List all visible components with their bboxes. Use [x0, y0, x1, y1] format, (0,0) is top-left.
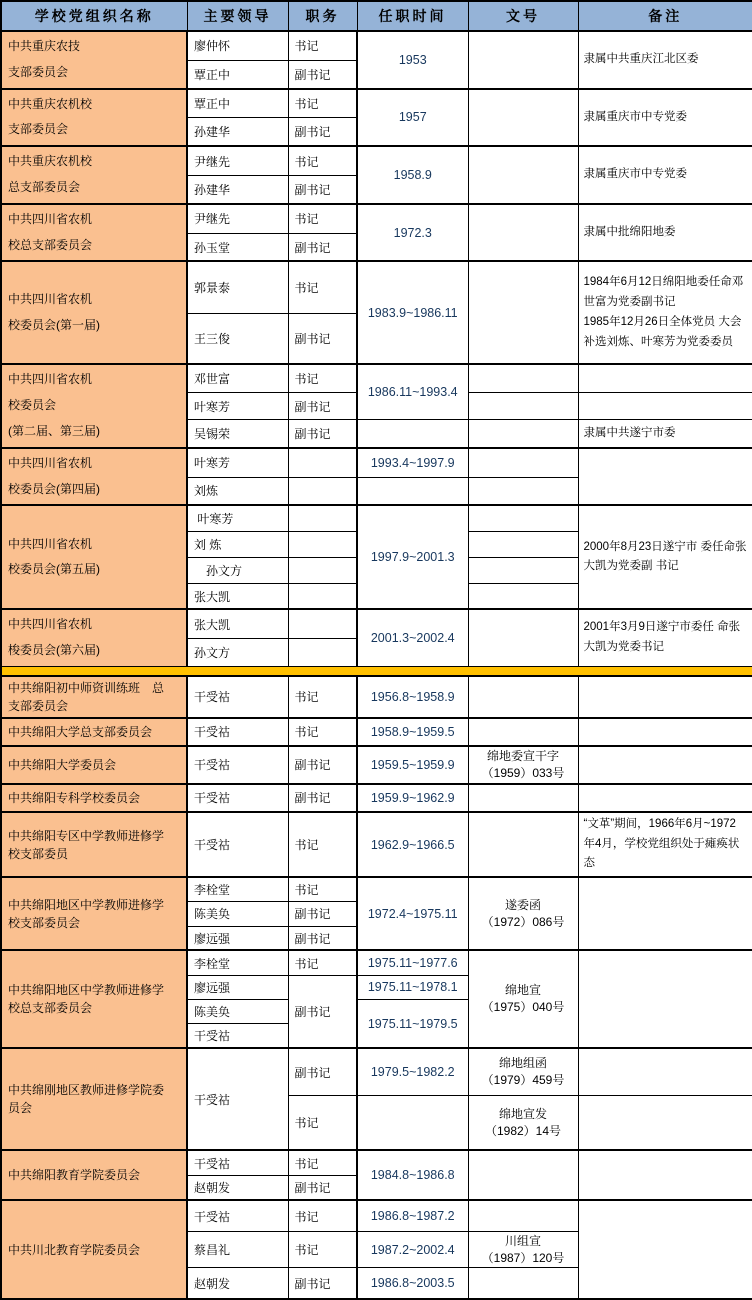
doc-number-cell: 绵地宣发 （1982）14号 — [468, 1095, 578, 1150]
time-cell: 1986.8~1987.2 — [357, 1200, 468, 1231]
position-cell: 书记 — [288, 676, 357, 718]
time-cell: 1958.9 — [357, 146, 468, 204]
position-cell: 书记 — [288, 950, 357, 975]
leader-name-cell: 王三俊 — [187, 313, 288, 364]
position-cell: 副书记 — [288, 746, 357, 784]
remark-cell — [578, 950, 752, 1048]
remark-cell — [578, 1150, 752, 1200]
leader-name-cell: 李栓堂 — [187, 950, 288, 975]
doc-number-cell — [468, 146, 578, 204]
party-org-history-table: 学校党组织名称 主要领导 职务 任职时间 文号 备注 中共重庆农技 支部委员会 … — [0, 0, 752, 1300]
doc-number-cell — [468, 583, 578, 609]
time-cell: 1958.9~1959.5 — [357, 718, 468, 746]
position-cell: 副书记 — [288, 393, 357, 420]
leader-name-cell: 赵朝发 — [187, 1268, 288, 1299]
leader-name-cell: 李栓堂 — [187, 877, 288, 901]
doc-number-cell: 遂委函 （1972）086号 — [468, 877, 578, 950]
remark-cell — [578, 364, 752, 392]
leader-name-cell: 干受祜 — [187, 746, 288, 784]
leader-name-cell: 廖仲怀 — [187, 31, 288, 60]
col-header-remark: 备注 — [578, 1, 752, 31]
col-header-position: 职务 — [288, 1, 357, 31]
leader-name-cell: 陈美奂 — [187, 999, 288, 1023]
org-cell: 中共绵阳初中师资训练班 总 支部委员会 — [1, 676, 187, 718]
col-header-time: 任职时间 — [357, 1, 468, 31]
time-cell: 1972.4~1975.11 — [357, 877, 468, 950]
leader-name-cell: 吴锡荣 — [187, 420, 288, 448]
position-cell: 副书记 — [288, 233, 357, 261]
position-cell: 副书记 — [288, 176, 357, 204]
position-cell — [288, 583, 357, 609]
position-cell: 书记 — [288, 261, 357, 313]
time-cell — [357, 420, 468, 448]
leader-name-cell: 孙建华 — [187, 118, 288, 146]
position-cell: 书记 — [288, 31, 357, 60]
position-cell: 书记 — [288, 364, 357, 392]
org-cell: 中共四川省农机 校委员会(第一届) — [1, 261, 187, 364]
leader-name-cell: 叶寒芳 — [187, 505, 288, 531]
org-cell: 中共绵阳教育学院委员会 — [1, 1150, 187, 1200]
position-cell: 书记 — [288, 1231, 357, 1268]
remark-cell — [578, 1200, 752, 1299]
doc-number-cell: 川组宣 （1987）120号 — [468, 1231, 578, 1268]
position-cell: 书记 — [288, 89, 357, 118]
time-cell: 2001.3~2002.4 — [357, 609, 468, 666]
remark-cell: 2000年8月23日遂宁市 委任命张大凯为党委副 书记 — [578, 505, 752, 609]
position-cell — [288, 448, 357, 477]
position-cell: 书记 — [288, 1095, 357, 1150]
time-cell: 1953 — [357, 31, 468, 89]
doc-number-cell — [468, 261, 578, 364]
time-cell: 1957 — [357, 89, 468, 147]
doc-number-cell — [468, 676, 578, 718]
position-cell: 书记 — [288, 877, 357, 901]
leader-name-cell: 郭景泰 — [187, 261, 288, 313]
position-cell — [288, 531, 357, 557]
doc-number-cell — [468, 609, 578, 666]
position-cell: 副书记 — [288, 926, 357, 950]
header-row: 学校党组织名称 主要领导 职务 任职时间 文号 备注 — [1, 1, 752, 31]
org-cell: 中共四川省农机 校委员会(第五届) — [1, 505, 187, 609]
doc-number-cell — [468, 505, 578, 531]
position-cell: 副书记 — [288, 118, 357, 146]
leader-name-cell: 干受祜 — [187, 676, 288, 718]
remark-cell — [578, 393, 752, 420]
leader-name-cell: 干受祜 — [187, 1023, 288, 1048]
time-cell: 1975.11~1978.1 — [357, 975, 468, 999]
remark-cell — [578, 718, 752, 746]
remark-cell: 1984年6月12日绵阳地委任命邓世富为党委副书记 1985年12月26日全体党… — [578, 261, 752, 364]
remark-cell — [578, 1048, 752, 1095]
position-cell — [288, 638, 357, 666]
remark-cell: 隶属中共遂宁市委 — [578, 420, 752, 448]
position-cell: 书记 — [288, 1150, 357, 1175]
time-cell: 1962.9~1966.5 — [357, 812, 468, 877]
time-cell: 1972.3 — [357, 204, 468, 262]
leader-name-cell: 邓世富 — [187, 364, 288, 392]
org-cell: 中共四川省农机 校委员会(第四届) — [1, 448, 187, 506]
org-cell: 中共绵阳专区中学教师进修学 校支部委员 — [1, 812, 187, 877]
org-cell: 中共重庆农机校 总支部委员会 — [1, 146, 187, 204]
remark-cell: “文革”期间，1966年6月~1972年4月，学校党组织处于瘫痪状态 — [578, 812, 752, 877]
doc-number-cell — [468, 477, 578, 505]
remark-cell — [578, 877, 752, 950]
remark-cell — [578, 784, 752, 812]
leader-name-cell: 干受祜 — [187, 1200, 288, 1231]
leader-name-cell: 叶寒芳 — [187, 393, 288, 420]
leader-name-cell: 蔡昌礼 — [187, 1231, 288, 1268]
remark-cell: 隶属重庆市中专党委 — [578, 89, 752, 147]
org-cell: 中共绵阳专科学校委员会 — [1, 784, 187, 812]
position-cell — [288, 557, 357, 583]
org-cell: 中共绵刚地区教师进修学院委 员会 — [1, 1048, 187, 1150]
position-cell — [288, 477, 357, 505]
doc-number-cell — [468, 1268, 578, 1299]
position-cell: 书记 — [288, 1200, 357, 1231]
time-cell: 1984.8~1986.8 — [357, 1150, 468, 1200]
position-cell: 副书记 — [288, 901, 357, 926]
time-cell: 1956.8~1958.9 — [357, 676, 468, 718]
time-cell: 1983.9~1986.11 — [357, 261, 468, 364]
remark-cell: 隶属中批绵阳地委 — [578, 204, 752, 262]
doc-number-cell — [468, 204, 578, 262]
leader-name-cell: 干受祜 — [187, 1150, 288, 1175]
doc-number-cell: 绵地委宣干字 （1959）033号 — [468, 746, 578, 784]
position-cell: 副书记 — [288, 420, 357, 448]
position-cell: 副书记 — [288, 975, 357, 1048]
position-cell: 副书记 — [288, 60, 357, 88]
leader-name-cell: 刘 炼 — [187, 531, 288, 557]
leader-name-cell: 孙建华 — [187, 176, 288, 204]
doc-number-cell — [468, 784, 578, 812]
position-cell: 书记 — [288, 812, 357, 877]
leader-name-cell: 干受祜 — [187, 784, 288, 812]
doc-number-cell — [468, 89, 578, 147]
org-cell: 中共四川省农机 校总支部委员会 — [1, 204, 187, 262]
leader-name-cell: 赵朝发 — [187, 1175, 288, 1200]
doc-number-cell: 绵地宣 （1975）040号 — [468, 950, 578, 1048]
doc-number-cell: 绵地组函 （1979）459号 — [468, 1048, 578, 1095]
org-cell: 中共绵阳大学总支部委员会 — [1, 718, 187, 746]
time-cell: 1986.11~1993.4 — [357, 364, 468, 419]
leader-name-cell: 张大凯 — [187, 583, 288, 609]
position-cell: 书记 — [288, 204, 357, 233]
doc-number-cell — [468, 1200, 578, 1231]
position-cell — [288, 505, 357, 531]
org-cell: 中共四川省农机 校委员会 (第二届、第三届) — [1, 364, 187, 447]
doc-number-cell — [468, 557, 578, 583]
leader-name-cell: 覃正中 — [187, 89, 288, 118]
doc-number-cell — [468, 31, 578, 89]
position-cell: 副书记 — [288, 1175, 357, 1200]
doc-number-cell — [468, 812, 578, 877]
leader-name-cell: 叶寒芳 — [187, 448, 288, 477]
leader-name-cell: 尹继先 — [187, 204, 288, 233]
time-cell — [357, 1095, 468, 1150]
leader-name-cell: 干受祜 — [187, 812, 288, 877]
time-cell: 1959.9~1962.9 — [357, 784, 468, 812]
remark-cell — [578, 1095, 752, 1150]
org-cell: 中共四川省农机 梭委员会(第六届) — [1, 609, 187, 666]
doc-number-cell — [468, 364, 578, 392]
doc-number-cell — [468, 448, 578, 477]
leader-name-cell: 干受祜 — [187, 718, 288, 746]
time-cell: 1997.9~2001.3 — [357, 505, 468, 609]
position-cell — [288, 609, 357, 638]
leader-name-cell: 廖远强 — [187, 975, 288, 999]
time-cell: 1975.11~1977.6 — [357, 950, 468, 975]
org-cell: 中共绵阳大学委员会 — [1, 746, 187, 784]
doc-number-cell — [468, 1150, 578, 1200]
org-cell: 中共重庆农机校 支部委员会 — [1, 89, 187, 147]
time-cell — [357, 477, 468, 505]
leader-name-cell: 尹继先 — [187, 146, 288, 175]
time-cell: 1993.4~1997.9 — [357, 448, 468, 477]
leader-name-cell: 廖远强 — [187, 926, 288, 950]
col-header-leader: 主要领导 — [187, 1, 288, 31]
org-cell: 中共川北教育学院委员会 — [1, 1200, 187, 1299]
org-cell: 中共重庆农技 支部委员会 — [1, 31, 187, 89]
leader-name-cell: 覃正中 — [187, 60, 288, 88]
col-header-doc: 文号 — [468, 1, 578, 31]
remark-cell: 隶属重庆市中专党委 — [578, 146, 752, 204]
position-cell: 副书记 — [288, 1268, 357, 1299]
leader-name-cell: 干受祜 — [187, 1048, 288, 1150]
position-cell: 书记 — [288, 146, 357, 175]
section-divider-bar — [1, 666, 752, 676]
remark-cell — [578, 448, 752, 506]
doc-number-cell — [468, 531, 578, 557]
time-cell: 1959.5~1959.9 — [357, 746, 468, 784]
time-cell: 1986.8~2003.5 — [357, 1268, 468, 1299]
position-cell: 副书记 — [288, 313, 357, 364]
remark-cell — [578, 676, 752, 718]
org-cell: 中共绵阳地区中学教师进修学 校总支部委员会 — [1, 950, 187, 1048]
remark-cell: 隶属中共重庆江北区委 — [578, 31, 752, 89]
leader-name-cell: 孙文方 — [187, 557, 288, 583]
doc-number-cell — [468, 718, 578, 746]
doc-number-cell — [468, 420, 578, 448]
leader-name-cell: 陈美奂 — [187, 901, 288, 926]
leader-name-cell: 张大凯 — [187, 609, 288, 638]
remark-cell: 2001年3月9日遂宁市委任 命张大凯为党委书记 — [578, 609, 752, 666]
remark-cell — [578, 746, 752, 784]
org-cell: 中共绵阳地区中学教师进修学 校支部委员会 — [1, 877, 187, 950]
col-header-org: 学校党组织名称 — [1, 1, 187, 31]
position-cell: 副书记 — [288, 1048, 357, 1095]
leader-name-cell: 孙文方 — [187, 638, 288, 666]
position-cell: 书记 — [288, 718, 357, 746]
time-cell: 1979.5~1982.2 — [357, 1048, 468, 1095]
position-cell: 副书记 — [288, 784, 357, 812]
doc-number-cell — [468, 393, 578, 420]
leader-name-cell: 刘炼 — [187, 477, 288, 505]
time-cell: 1987.2~2002.4 — [357, 1231, 468, 1268]
time-cell: 1975.11~1979.5 — [357, 999, 468, 1048]
leader-name-cell: 孙玉堂 — [187, 233, 288, 261]
